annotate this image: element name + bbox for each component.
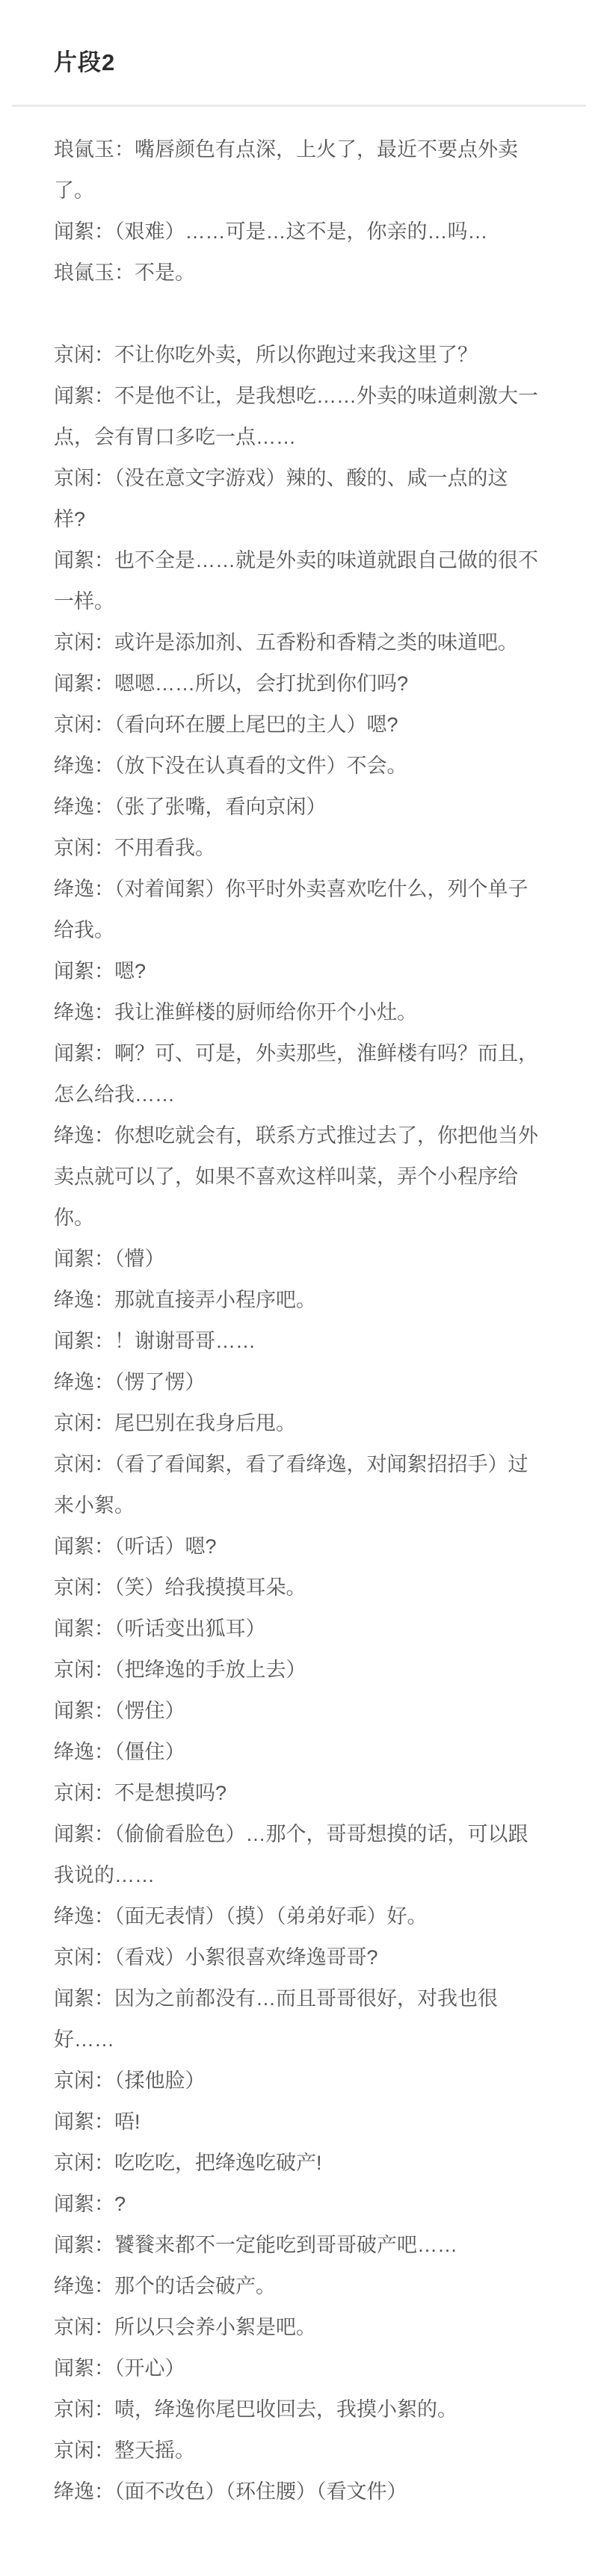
dialogue-line: 闻絮：也不全是……就是外卖的味道就跟自己做的很不 一样。 [54, 540, 568, 622]
dialogue-line: 闻絮：（艰难）……可是…这不是，你亲的…吗… [54, 211, 568, 253]
dialogue-line: 闻絮：因为之前都没有…而且哥哥很好，对我也很 好…… [54, 1978, 568, 2061]
dialogue-line: 闻絮：啊？可、可是，外卖那些，淮鲜楼有吗？而且， 怎么给我…… [54, 1033, 568, 1115]
dialogue-line: 京闲：整天摇。 [54, 2430, 568, 2471]
dialogue-line: 闻絮：（听话）嗯? [54, 1526, 568, 1567]
dialogue-line: 京闲：（没在意文字游戏）辣的、酸的、咸一点的这 样? [54, 458, 568, 540]
script-page: 片段2 琅氤玉：嘴唇颜色有点深，上火了，最近不要点外卖 了。闻絮：（艰难）……可… [0, 0, 598, 2531]
scene-break [54, 294, 568, 335]
dialogue-line: 绛逸：那个的话会破产。 [54, 2266, 568, 2307]
dialogue-line: 京闲：（揉他脸） [54, 2061, 568, 2102]
script-body: 琅氤玉：嘴唇颜色有点深，上火了，最近不要点外卖 了。闻絮：（艰难）……可是…这不… [0, 107, 598, 2512]
dialogue-line: 绛逸：（对着闻絮）你平时外卖喜欢吃什么，列个单子 给我。 [54, 869, 568, 951]
page-title: 片段2 [54, 48, 544, 78]
dialogue-line: 京闲：（把绛逸的手放上去） [54, 1650, 568, 1691]
dialogue-line: 京闲：（笑）给我摸摸耳朵。 [54, 1567, 568, 1609]
dialogue-line: 琅氤玉：不是。 [54, 253, 568, 294]
dialogue-line: 闻絮：不是他不让，是我想吃……外卖的味道刺激大一 点，会有胃口多吃一点…… [54, 376, 568, 458]
dialogue-line: 京闲：吃吃吃，把绛逸吃破产! [54, 2143, 568, 2184]
dialogue-line: 琅氤玉：嘴唇颜色有点深，上火了，最近不要点外卖 了。 [54, 129, 568, 211]
dialogue-line: 闻絮：！谢谢哥哥…… [54, 1321, 568, 1362]
dialogue-line: 京闲：所以只会养小絮是吧。 [54, 2307, 568, 2348]
dialogue-line: 闻絮：嗯嗯……所以，会打扰到你们吗? [54, 663, 568, 705]
dialogue-line: 闻絮：? [54, 2184, 568, 2225]
dialogue-line: 京闲：（看了看闻絮，看了看绛逸，对闻絮招招手）过 来小絮。 [54, 1444, 568, 1526]
dialogue-line: 闻絮：嗯? [54, 951, 568, 992]
dialogue-line: 绛逸：（面无表情）（摸）（弟弟好乖）好。 [54, 1896, 568, 1937]
dialogue-line: 绛逸：（面不改色）（环住腰）（看文件） [54, 2471, 568, 2512]
dialogue-line: 绛逸：（愣了愣） [54, 1362, 568, 1403]
dialogue-line: 绛逸：（张了张嘴，看向京闲） [54, 787, 568, 828]
dialogue-line: 闻絮：（听话变出狐耳） [54, 1609, 568, 1650]
dialogue-line: 京闲：不让你吃外卖，所以你跑过来我这里了？ [54, 335, 568, 376]
dialogue-line: 闻絮：唔! [54, 2102, 568, 2143]
dialogue-line: 闻絮：（开心） [54, 2348, 568, 2389]
dialogue-line: 绛逸：你想吃就会有，联系方式推过去了，你把他当外 卖点就可以了，如果不喜欢这样叫… [54, 1115, 568, 1239]
dialogue-line: 京闲：啧，绛逸你尾巴收回去，我摸小絮的。 [54, 2389, 568, 2430]
dialogue-line: 绛逸：那就直接弄小程序吧。 [54, 1280, 568, 1321]
dialogue-line: 京闲：（看戏）小絮很喜欢绛逸哥哥? [54, 1937, 568, 1978]
dialogue-line: 绛逸：我让淮鲜楼的厨师给你开个小灶。 [54, 992, 568, 1033]
dialogue-line: 京闲：（看向环在腰上尾巴的主人）嗯? [54, 705, 568, 746]
dialogue-line: 闻絮：（懵） [54, 1239, 568, 1280]
dialogue-line: 绛逸：（僵住） [54, 1732, 568, 1773]
dialogue-line: 京闲：不是想摸吗? [54, 1773, 568, 1814]
dialogue-line: 闻絮：饕餮来都不一定能吃到哥哥破产吧…… [54, 2225, 568, 2266]
dialogue-line: 闻絮：（愣住） [54, 1691, 568, 1732]
dialogue-line: 京闲：不用看我。 [54, 828, 568, 869]
dialogue-line: 京闲：尾巴别在我身后甩。 [54, 1403, 568, 1444]
dialogue-line: 闻絮：（偷偷看脸色）…那个，哥哥想摸的话，可以跟 我说的…… [54, 1814, 568, 1896]
dialogue-line: 京闲：或许是添加剂、五香粉和香精之类的味道吧。 [54, 622, 568, 663]
dialogue-line: 绛逸：（放下没在认真看的文件）不会。 [54, 746, 568, 787]
